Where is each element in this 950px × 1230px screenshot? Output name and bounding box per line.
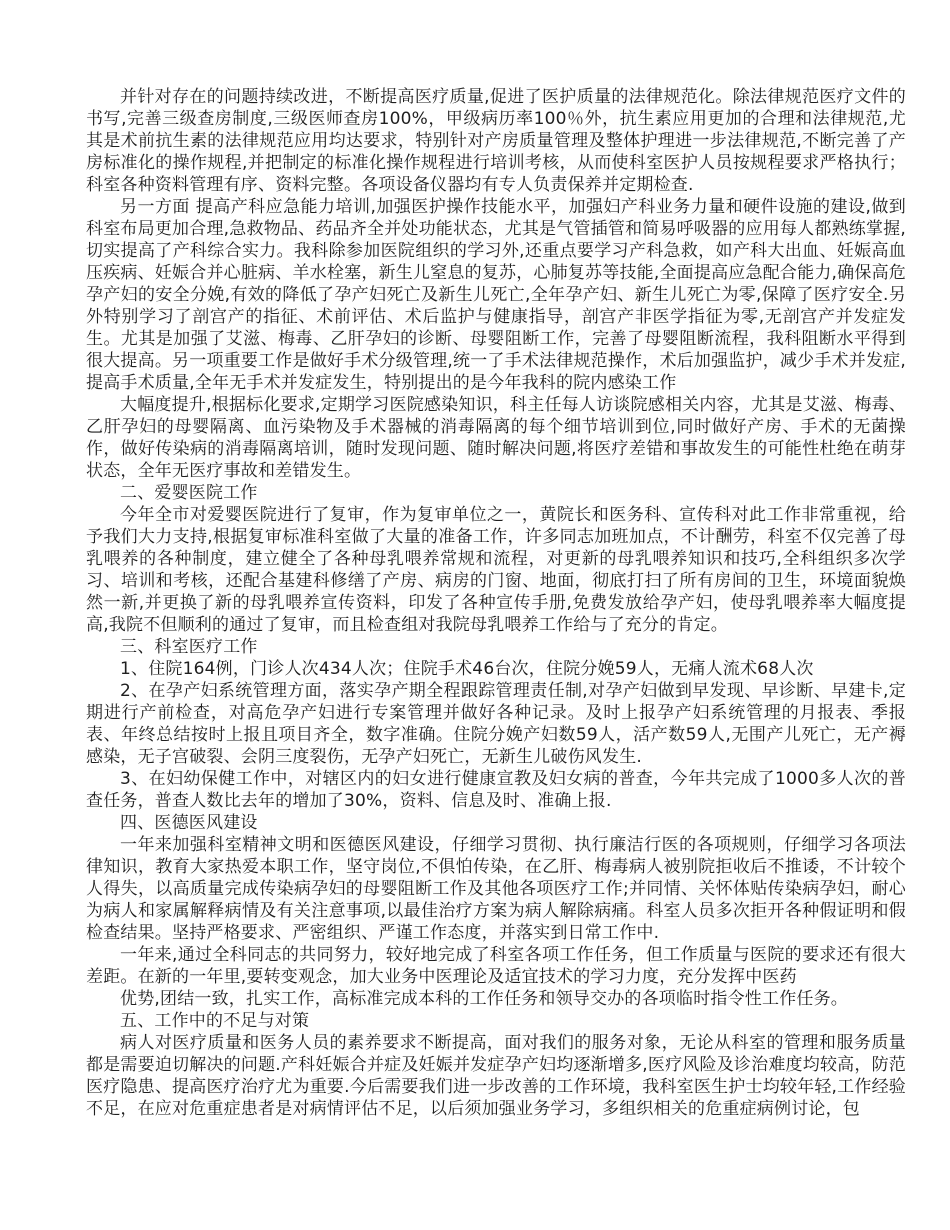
para-quality-improvement: 并针对存在的问题持续改进，不断提高医疗质量,促进了医护质量的法律规范化。除法律规… bbox=[86, 86, 906, 196]
item-1-statistics: 1、住院164例，门诊人次434人次；住院手术46台次，住院分娩59人，无痛人流… bbox=[86, 658, 906, 680]
item-3-women-health: 3、在妇幼保健工作中，对辖区内的妇女进行健康宣教及妇女病的普查，今年共完成了10… bbox=[86, 768, 906, 812]
heading-section-2: 二、爱婴医院工作 bbox=[86, 482, 906, 504]
para-ethics: 一年来加强科室精神文明和医德医风建设，仔细学习贯彻、执行廉洁行医的各项规则，仔细… bbox=[86, 834, 906, 944]
para-infection-control: 大幅度提升,根据标化要求,定期学习医院感染知识，科主任每人访谈院感相关内容，尤其… bbox=[86, 394, 906, 482]
heading-section-3: 三、科室医疗工作 bbox=[86, 636, 906, 658]
document-page: 并针对存在的问题持续改进，不断提高医疗质量,促进了医护质量的法律规范化。除法律规… bbox=[0, 0, 950, 1230]
para-summary-continuation: 优势,团结一致，扎实工作，高标准完成本科的工作任务和领导交办的各项临时指令性工作… bbox=[86, 988, 906, 1010]
para-baby-friendly-review: 今年全市对爱婴医院进行了复审，作为复审单位之一，黄院长和医务科、宣传科对此工作非… bbox=[86, 504, 906, 636]
para-shortcomings: 病人对医疗质量和医务人员的素养要求不断提高，面对我们的服务对象，无论从科室的管理… bbox=[86, 1032, 906, 1120]
para-emergency-capability: 另一方面 提高产科应急能力培训,加强医护操作技能水平，加强妇产科业务力量和硬件设… bbox=[86, 196, 906, 394]
heading-section-4: 四、医德医风建设 bbox=[86, 812, 906, 834]
heading-section-5: 五、工作中的不足与对策 bbox=[86, 1010, 906, 1032]
item-2-maternal-system: 2、在孕产妇系统管理方面，落实孕产期全程跟踪管理责任制,对孕产妇做到早发现、早诊… bbox=[86, 680, 906, 768]
document-text: 并针对存在的问题持续改进，不断提高医疗质量,促进了医护质量的法律规范化。除法律规… bbox=[86, 86, 906, 1120]
para-year-summary: 一年来,通过全科同志的共同努力，较好地完成了科室各项工作任务，但工作质量与医院的… bbox=[86, 944, 906, 988]
